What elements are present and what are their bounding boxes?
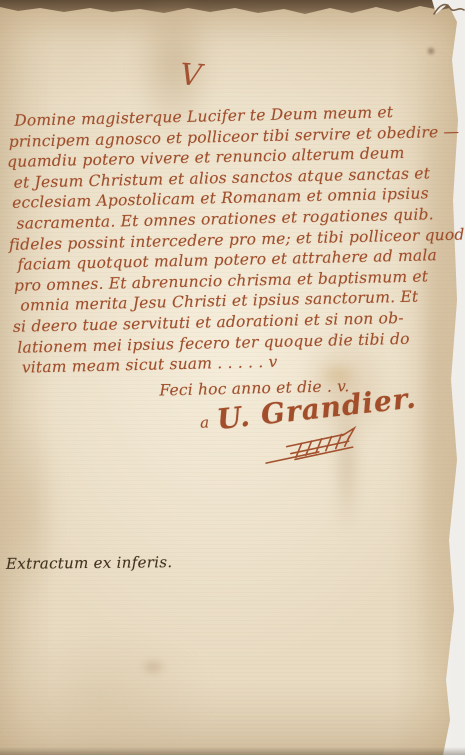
verse-mark: V bbox=[179, 57, 203, 93]
signature-initial: a bbox=[200, 414, 210, 432]
ink-layer: V Domine magisterque Lucifer te Deum meu… bbox=[0, 0, 465, 755]
signature-paraph bbox=[262, 423, 463, 475]
scanned-manuscript: V Domine magisterque Lucifer te Deum meu… bbox=[0, 0, 465, 755]
footer-note: Extractum ex inferis. bbox=[6, 553, 173, 573]
manuscript-text: Domine magisterque Lucifer te Deum meum … bbox=[3, 101, 463, 481]
